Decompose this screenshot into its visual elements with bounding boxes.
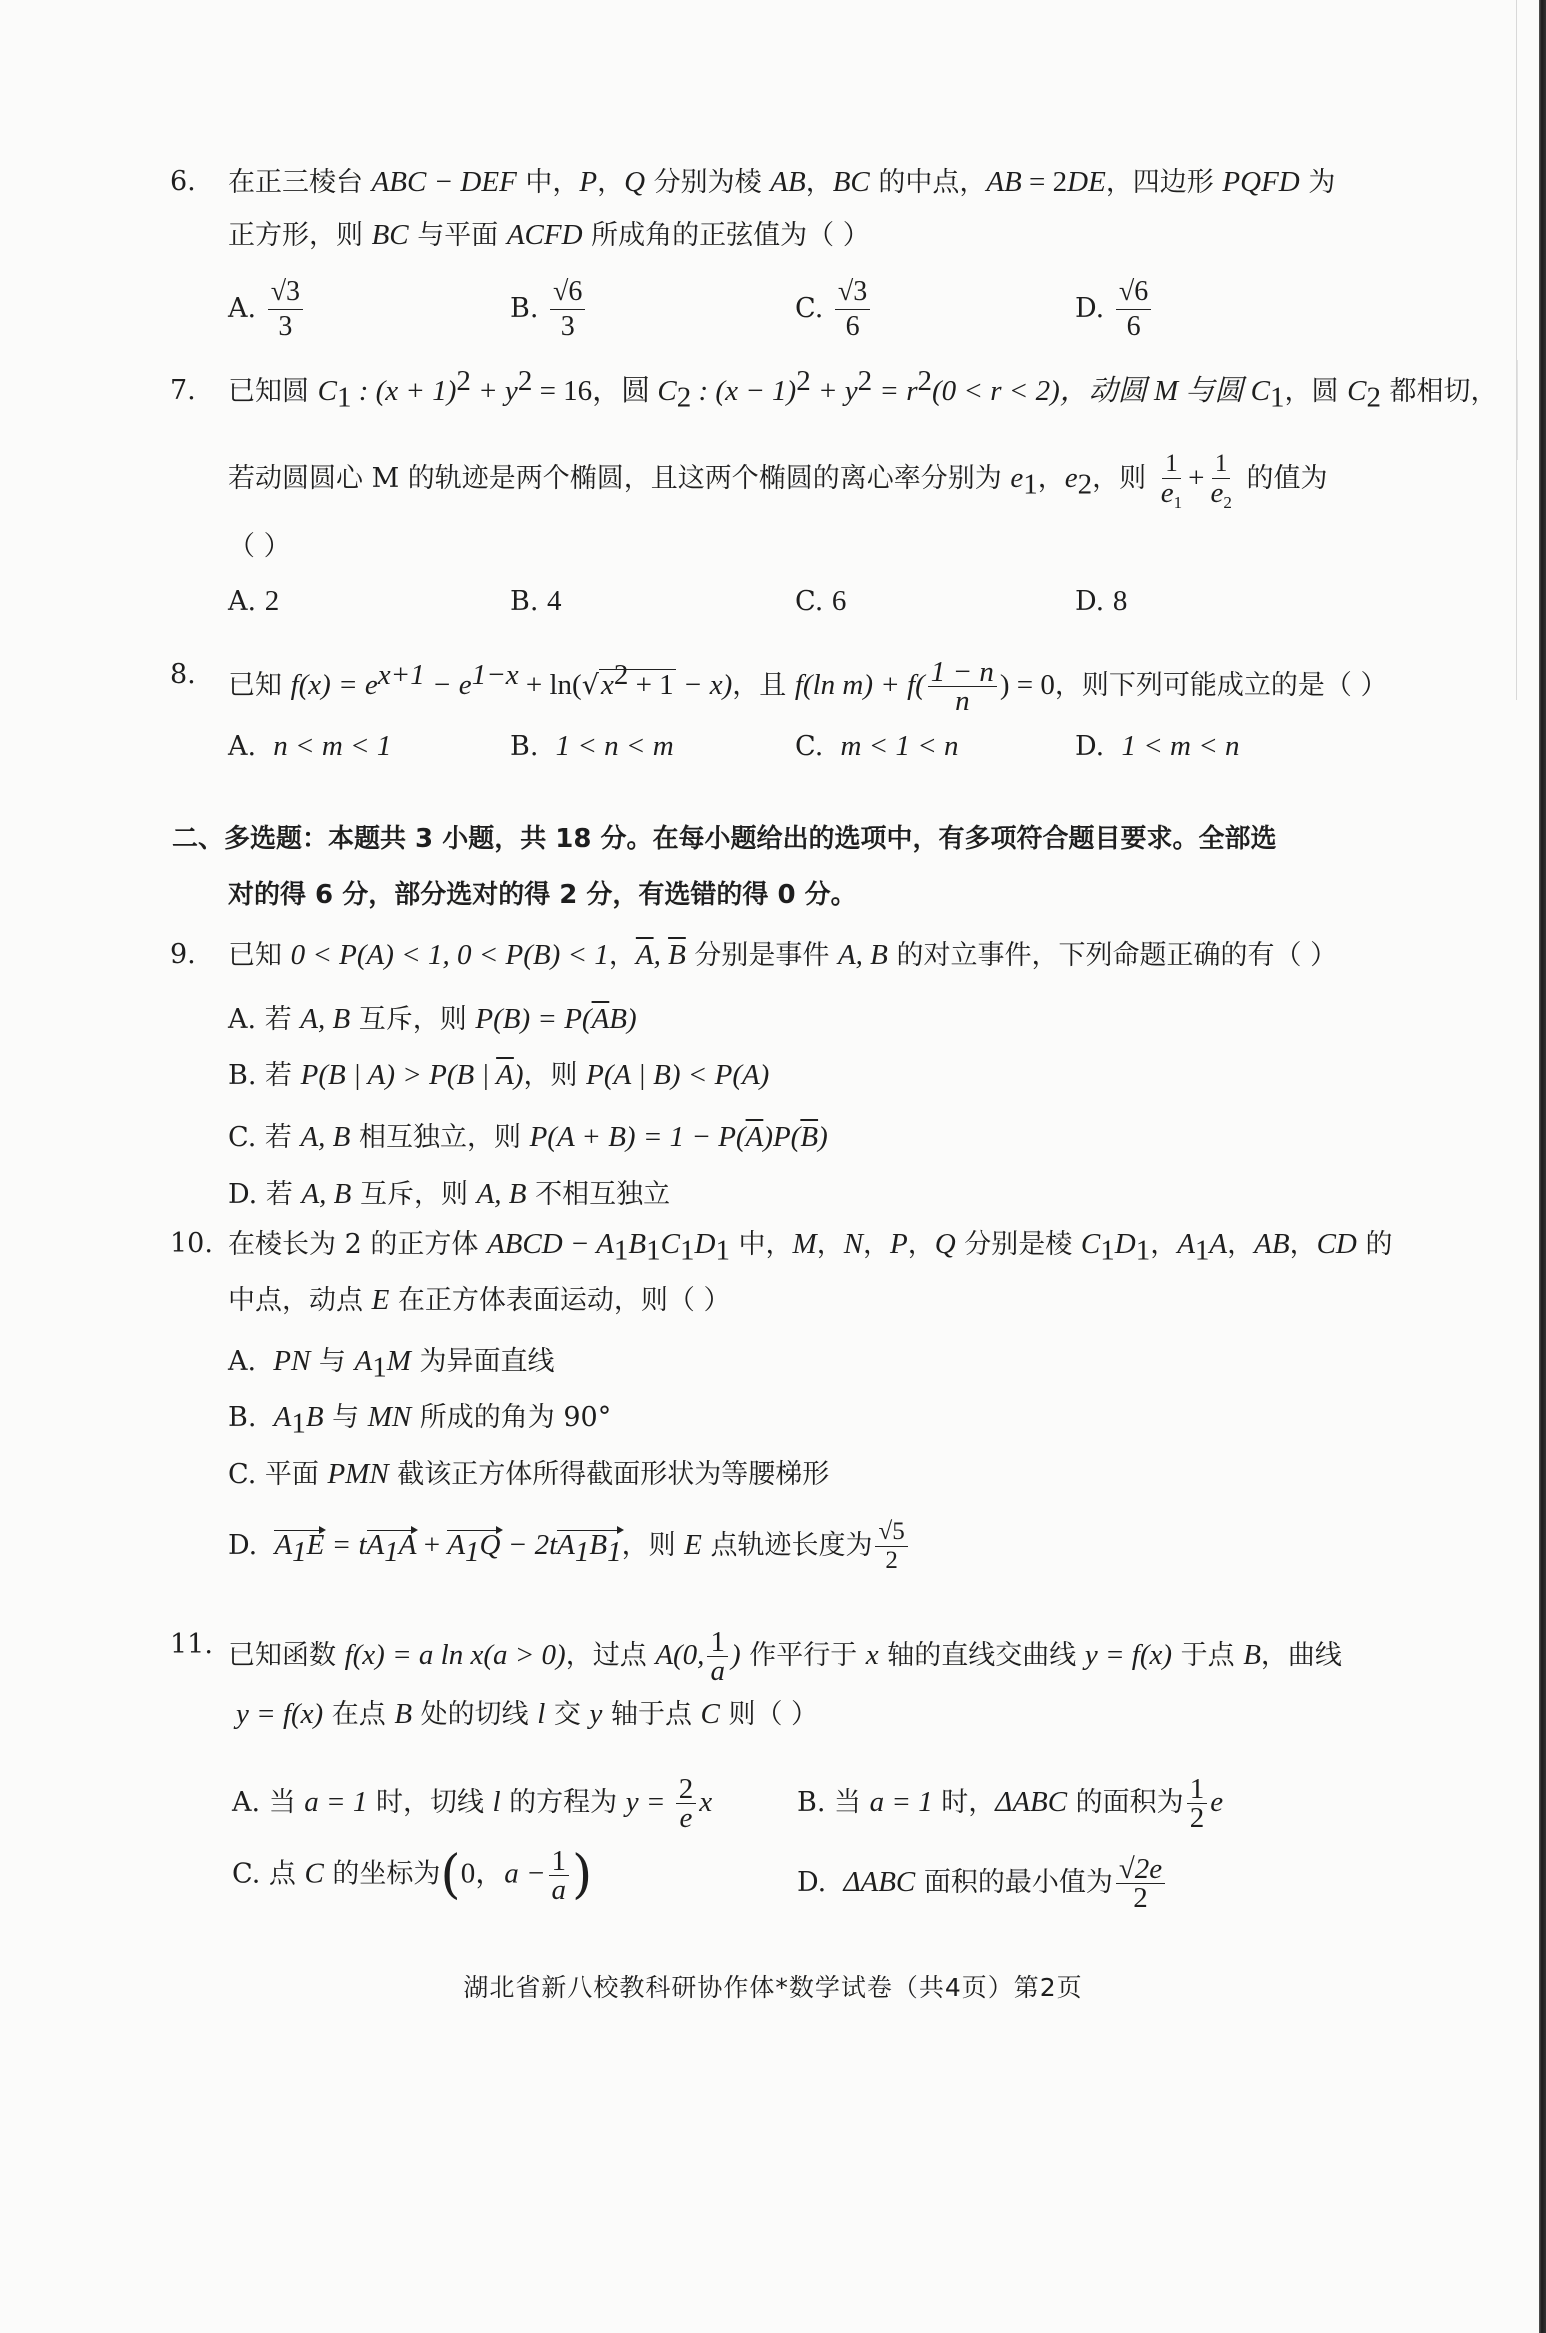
question-11-stem-line2: y = f(x) 在点 B 处的切线 l 交 y 轴于点 C 则（ ）: [236, 1697, 818, 1732]
option-d[interactable]: D. 8: [1075, 585, 1127, 618]
fraction: √52: [875, 1518, 907, 1575]
option-d[interactable]: D. √66: [1075, 275, 1154, 344]
question-11-stem-line1: 11. 已知函数 f(x) = a ln x(a > 0)，过点 A(0,1a)…: [170, 1628, 213, 1662]
option-b[interactable]: B. A1B 与 MN 所成的角为 90°: [228, 1395, 611, 1434]
fraction: √2e2: [1116, 1855, 1165, 1912]
page-footer: 湖北省新八校教科研协作体*数学试卷（共4页）第2页: [0, 1968, 1546, 2004]
option-a[interactable]: A. 2: [228, 585, 279, 618]
option-a[interactable]: A. 当 a = 1 时，切线 l 的方程为 y = 2ex: [232, 1775, 712, 1832]
vector: A1B1: [557, 1529, 621, 1562]
scan-artifact-line: [1517, 360, 1518, 460]
option-b[interactable]: B. 若 P(B | A) > P(B | A)，则 P(A | B) < P(…: [228, 1053, 769, 1092]
fraction: √33: [268, 275, 303, 344]
section-heading: 二、多选题：本题共 3 小题，共 18 分。在每小题给出的选项中，有多项符合题目…: [172, 822, 1276, 856]
fraction: 1 − nn: [928, 658, 997, 715]
option-b[interactable]: B. 当 a = 1 时，ΔABC 的面积为12e: [797, 1775, 1223, 1832]
question-7-stem-line2: 若动圆圆心 M 的轨迹是两个椭圆，且这两个椭圆的离心率分别为 e1，e2，则 1…: [228, 450, 1327, 509]
fraction: 1e1: [1158, 450, 1185, 509]
option-a[interactable]: A. n < m < 1: [228, 730, 391, 763]
fraction: √63: [550, 275, 585, 344]
option-c[interactable]: C. 6: [795, 585, 846, 618]
question-10-stem-line1: 10. 在棱长为 2 的正方体 ABCD − A1B1C1D1 中，M，N，P，…: [170, 1227, 213, 1261]
fraction: √66: [1116, 275, 1151, 344]
question-9-stem: 9. 已知 0 < P(A) < 1, 0 < P(B) < 1，A, B 分别…: [170, 938, 196, 972]
vector: A1E: [274, 1529, 324, 1562]
option-d[interactable]: D. ΔABC 面积的最小值为√2e2: [797, 1855, 1168, 1912]
option-b[interactable]: B. √63: [510, 275, 588, 344]
option-d[interactable]: D. A1E = tA1A + A1Q − 2tA1B1，则 E 点轨迹长度为√…: [228, 1518, 911, 1575]
question-6-stem-line2: 正方形，则 BC 与平面 ACFD 所成角的正弦值为（ ）: [228, 218, 870, 253]
answer-blank: （ ）: [228, 530, 291, 564]
question-8-stem: 8. 已知 f(x) = ex+1 − e1−x + ln(√x2 + 1 − …: [170, 658, 196, 692]
option-c[interactable]: C. m < 1 < n: [795, 730, 959, 763]
option-b[interactable]: B. 4: [510, 585, 562, 618]
question-10-stem-line2: 中点，动点 E 在正方体表面运动，则（ ）: [228, 1283, 730, 1318]
fraction: 2e: [676, 1775, 697, 1832]
option-c[interactable]: C. 点 C 的坐标为(0，a −1a): [232, 1845, 592, 1905]
option-a[interactable]: A. 若 A, B 互斥，则 P(B) = P(AB): [228, 997, 637, 1036]
option-a[interactable]: A. PN 与 A1M 为异面直线: [228, 1339, 554, 1378]
option-c[interactable]: C. 平面 PMN 截该正方体所得截面形状为等腰梯形: [228, 1452, 829, 1491]
scan-artifact-line: [1516, 0, 1517, 700]
option-a[interactable]: A. √33: [228, 275, 306, 344]
vector: A1A: [367, 1529, 417, 1562]
square-root: √x2 + 1: [582, 668, 676, 703]
option-b[interactable]: B. 1 < n < m: [510, 730, 674, 763]
fraction: 1a: [707, 1628, 728, 1685]
fraction: 1a: [549, 1847, 570, 1904]
vector: A1Q: [447, 1529, 500, 1562]
option-d[interactable]: D. 若 A, B 互斥，则 A, B 不相互独立: [228, 1172, 670, 1211]
option-c[interactable]: C. √36: [795, 275, 873, 344]
exam-page: 6. 在正三棱台 ABC − DEF 中，P，Q 分别为棱 AB，BC 的中点，…: [0, 0, 1546, 2333]
fraction: 1e2: [1207, 450, 1234, 509]
fraction: 12: [1187, 1775, 1208, 1832]
fraction: √36: [835, 275, 870, 344]
question-7-stem-line1: 7. 已知圆 C1 : (x + 1)2 + y2 = 16，圆 C2 : (x…: [170, 374, 196, 408]
question-6-stem-line1: 6. 在正三棱台 ABC − DEF 中，P，Q 分别为棱 AB，BC 的中点，…: [170, 165, 196, 199]
option-c[interactable]: C. 若 A, B 相互独立，则 P(A + B) = 1 − P(A)P(B): [228, 1115, 828, 1154]
section-instructions: 对的得 6 分，部分选对的得 2 分，有选错的得 0 分。: [228, 878, 857, 912]
option-d[interactable]: D. 1 < m < n: [1075, 730, 1240, 763]
